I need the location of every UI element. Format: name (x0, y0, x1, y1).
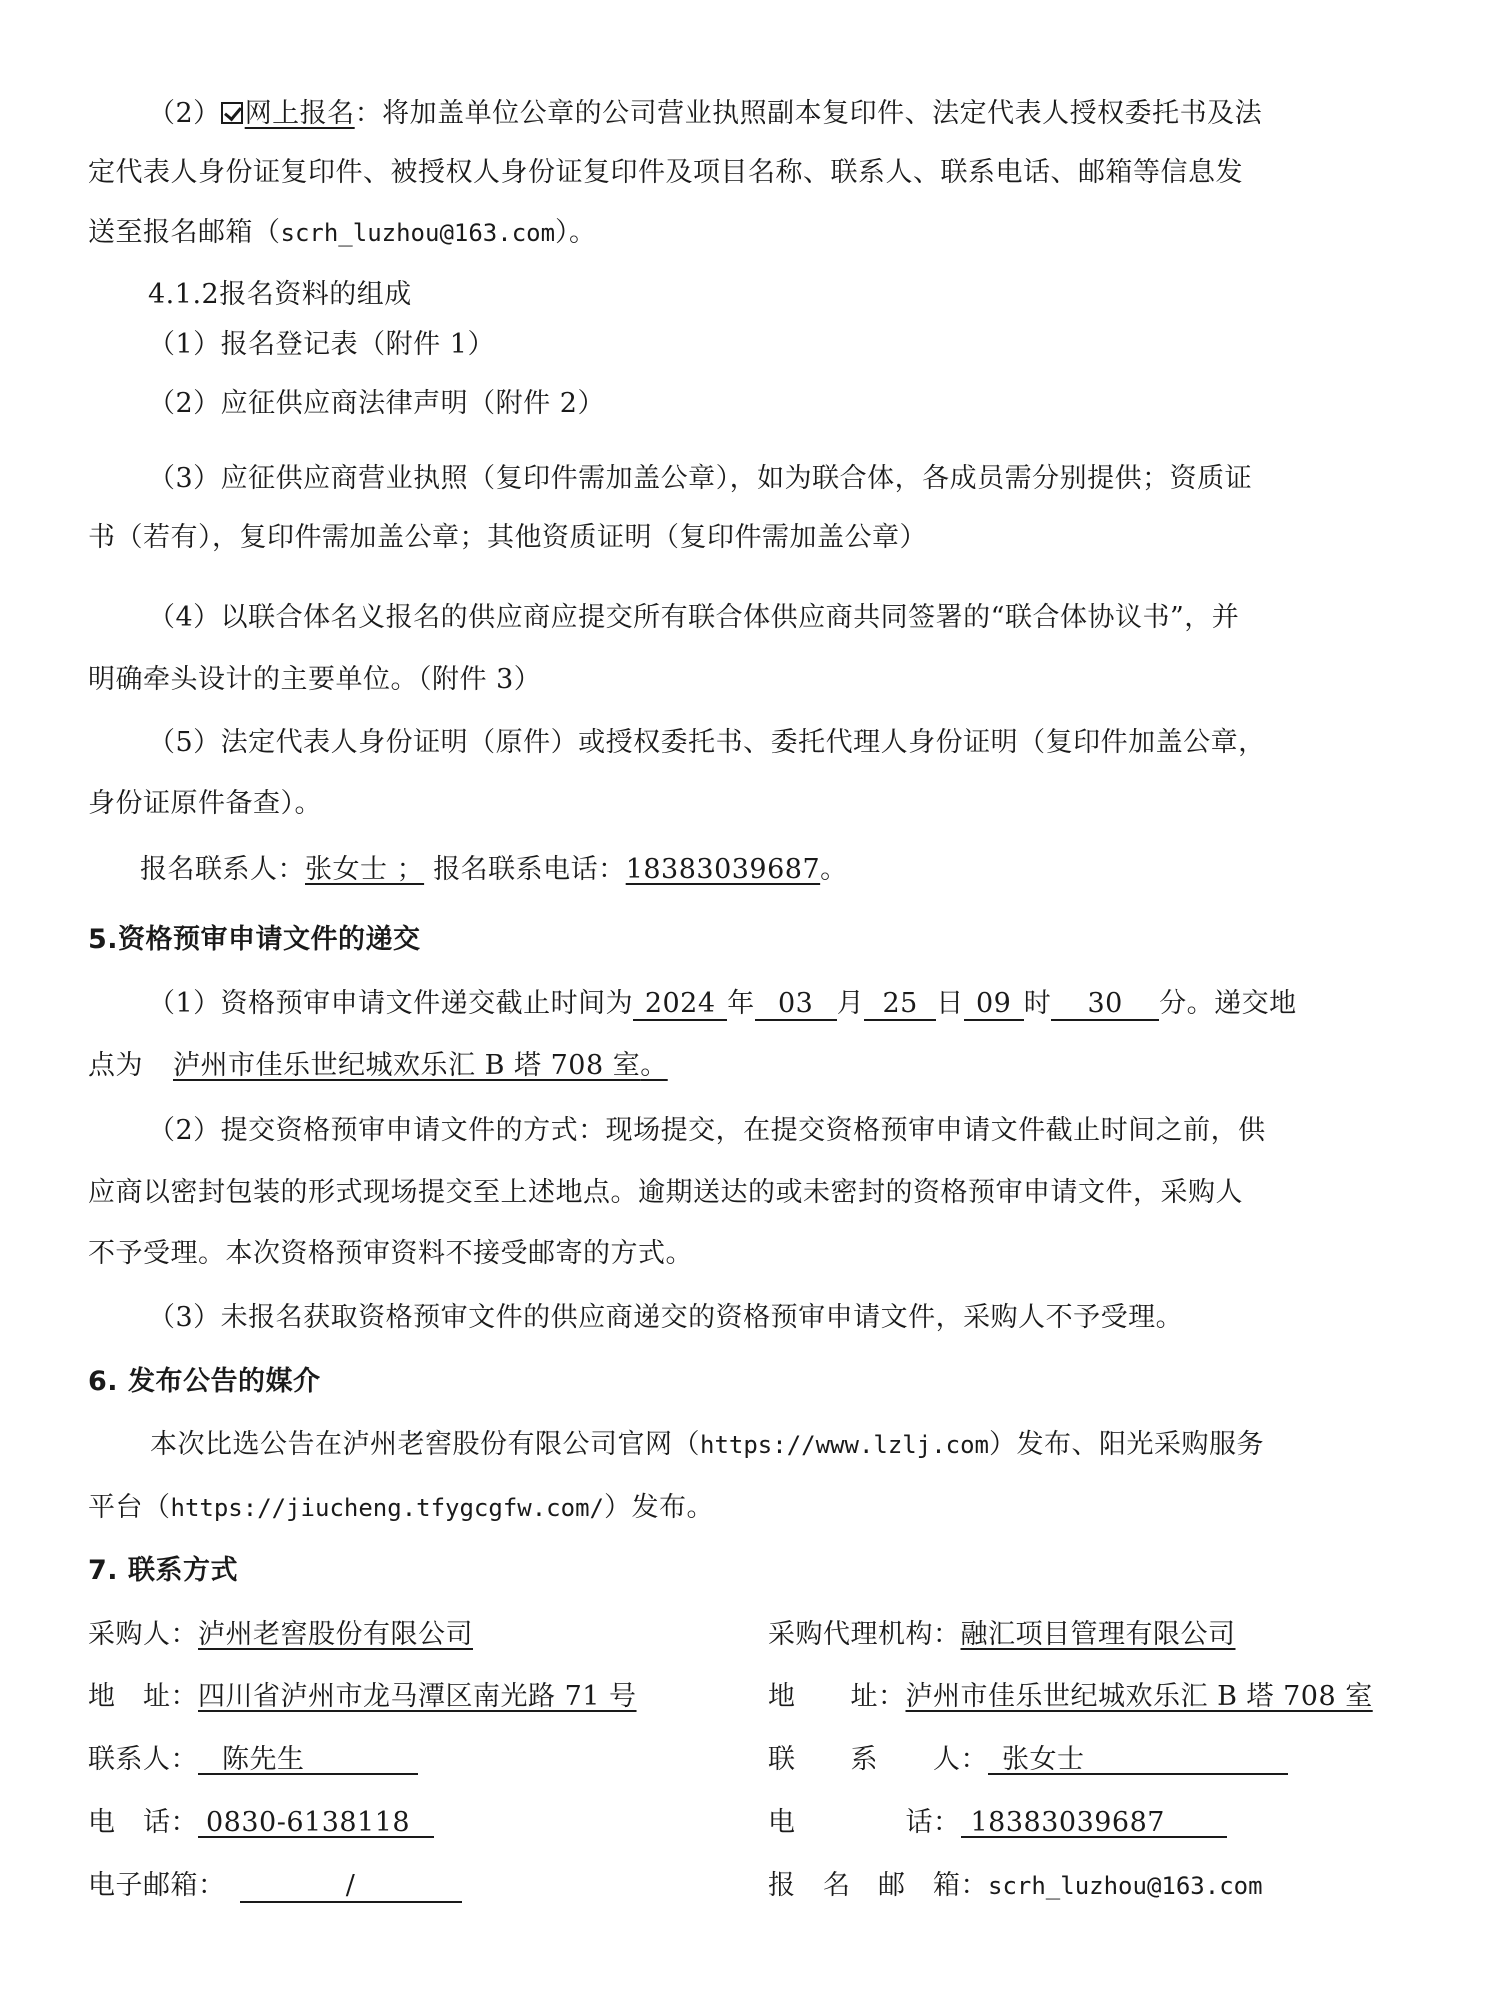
deadline-hour-field: 09 (964, 989, 1024, 1021)
materials-item-4: （4）以联合体名义报名的供应商应提交所有联合体供应商共同签署的“联合体协议书”，… (148, 600, 1239, 636)
materials-item-2: （2）应征供应商法律声明（附件 2） (148, 386, 605, 422)
registration-email[interactable]: scrh_luzhou@163.com (281, 219, 556, 247)
agency-name: 融汇项目管理有限公司 (961, 1619, 1236, 1650)
text-fragment: 送至报名邮箱（ (88, 217, 281, 248)
purchaser-email-row: 电子邮箱：/ (88, 1868, 462, 1904)
text-fragment: 点为 (88, 1050, 143, 1081)
field-label: 电 话： (768, 1807, 961, 1838)
contact-label: 报名联系人： (140, 854, 305, 885)
section-5-heading: 5.资格预审申请文件的递交 (88, 922, 421, 958)
submission-method-line-1: （2）提交资格预审申请文件的方式：现场提交，在提交资格预审申请文件截止时间之前，… (148, 1113, 1266, 1149)
deadline-day-field: 25 (864, 989, 936, 1021)
materials-item-3: （3）应征供应商营业执照（复印件需加盖公章），如为联合体，各成员需分别提供；资质… (148, 461, 1252, 497)
materials-item-3-cont: 书（若有），复印件需加盖公章；其他资质证明（复印件需加盖公章） (88, 520, 927, 556)
materials-item-1: （1）报名登记表（附件 1） (148, 327, 495, 363)
text-fragment: 。 (640, 1050, 668, 1081)
text-fragment: ）发布。 (604, 1492, 714, 1523)
purchaser-contact-row: 联系人：陈先生 (88, 1742, 418, 1778)
item-prefix: （2） (148, 98, 221, 129)
field-label: 报 名 邮 箱： (768, 1870, 988, 1901)
online-registration-line-3: 送至报名邮箱（scrh_luzhou@163.com）。 (88, 215, 597, 251)
list-item-text: （1）报名登记表（附件 1） (148, 329, 495, 360)
purchaser-address: 四川省泸州市龙马潭区南光路 71 号 (198, 1681, 637, 1712)
purchaser-name: 泸州老窖股份有限公司 (198, 1619, 473, 1650)
text-fragment: 平台（ (88, 1492, 171, 1523)
online-registration-text: ：将加盖单位公章的公司营业执照副本复印件、法定代表人授权委托书及法 (355, 98, 1263, 129)
online-registration-line-2: 定代表人身份证复印件、被授权人身份证复印件及项目名称、联系人、联系电话、邮箱等信… (88, 155, 1243, 191)
online-registration-line-1: （2）网上报名：将加盖单位公章的公司营业执照副本复印件、法定代表人授权委托书及法 (148, 96, 1262, 132)
field-label: 电子邮箱： (88, 1870, 226, 1901)
submission-location: 泸州市佳乐世纪城欢乐汇 B 塔 708 室 (143, 1050, 640, 1081)
list-item-text: （4）以联合体名义报名的供应商应提交所有联合体供应商共同签署的“联合体协议书”，… (148, 602, 1239, 633)
subsection-title: 4.1.2报名资料的组成 (148, 279, 412, 310)
section-title: 5.资格预审申请文件的递交 (88, 924, 421, 955)
phone-label: 报名联系电话： (433, 854, 626, 885)
purchaser-name-row: 采购人：泸州老窖股份有限公司 (88, 1617, 473, 1653)
list-item-text: （3）未报名获取资格预审文件的供应商递交的资格预审申请文件，采购人不予受理。 (148, 1302, 1183, 1333)
agency-registration-email[interactable]: scrh_luzhou@163.com (988, 1872, 1263, 1900)
text-fragment: 。 (820, 854, 848, 885)
text-fragment: 月 (837, 988, 865, 1019)
field-label: 采购人： (88, 1619, 198, 1650)
unregistered-notice-line: （3）未报名获取资格预审文件的供应商递交的资格预审申请文件，采购人不予受理。 (148, 1300, 1183, 1336)
text-fragment: （1）资格预审申请文件递交截止时间为 (148, 988, 633, 1019)
agency-contact-row: 联 系 人：张女士 (768, 1742, 1288, 1778)
field-label: 电 话： (88, 1807, 198, 1838)
materials-item-5: （5）法定代表人身份证明（原件）或授权委托书、委托代理人身份证明（复印件加盖公章… (148, 725, 1266, 761)
online-registration-label: 网上报名 (245, 98, 355, 129)
deadline-minute-field: 30 (1051, 989, 1159, 1021)
agency-contact-person: 张女士 (988, 1745, 1288, 1775)
registration-contact-line: 报名联系人：张女士 ； 报名联系电话：18383039687。 (140, 852, 848, 888)
official-website-link[interactable]: https://www.lzlj.com (700, 1431, 989, 1459)
purchaser-contact-person: 陈先生 (198, 1745, 418, 1775)
text-fragment: 分。递交地 (1159, 988, 1297, 1019)
online-registration-text-2: 定代表人身份证复印件、被授权人身份证复印件及项目名称、联系人、联系电话、邮箱等信… (88, 157, 1243, 188)
media-line-1: 本次比选公告在泸州老窖股份有限公司官网（https://www.lzlj.com… (150, 1427, 1264, 1463)
checked-checkbox-icon[interactable] (221, 102, 243, 124)
list-item-text: 身份证原件备查）。 (88, 788, 322, 819)
list-item-text: （5）法定代表人身份证明（原件）或授权委托书、委托代理人身份证明（复印件加盖公章… (148, 727, 1266, 758)
media-line-2: 平台（https://jiucheng.tfygcgfw.com/）发布。 (88, 1490, 714, 1526)
agency-address: 泸州市佳乐世纪城欢乐汇 B 塔 708 室 (906, 1681, 1373, 1712)
list-item-text: 应商以密封包装的形式现场提交至上述地点。逾期送达的或未密封的资格预审申请文件，采… (88, 1177, 1243, 1208)
agency-address-row: 地 址：泸州市佳乐世纪城欢乐汇 B 塔 708 室 (768, 1679, 1373, 1715)
materials-item-4-cont: 明确牵头设计的主要单位。（附件 3） (88, 662, 541, 698)
materials-item-5-cont: 身份证原件备查）。 (88, 786, 322, 822)
text-fragment: 时 (1024, 988, 1052, 1019)
purchaser-phone: 0830-6138118 (198, 1808, 434, 1838)
subsection-heading-4-1-2: 4.1.2报名资料的组成 (148, 277, 412, 313)
list-item-text: 书（若有），复印件需加盖公章；其他资质证明（复印件需加盖公章） (88, 522, 927, 553)
deadline-line: （1）资格预审申请文件递交截止时间为2024年03月25日09时30分。递交地 (148, 986, 1297, 1022)
list-item-text: （3）应征供应商营业执照（复印件需加盖公章），如为联合体，各成员需分别提供；资质… (148, 463, 1252, 494)
deadline-location-line: 点为泸州市佳乐世纪城欢乐汇 B 塔 708 室。 (88, 1048, 668, 1084)
text-fragment: ）。 (555, 217, 597, 248)
list-item-text: （2）应征供应商法律声明（附件 2） (148, 388, 605, 419)
text-fragment: 日 (936, 988, 964, 1019)
field-label: 联系人： (88, 1744, 198, 1775)
text-fragment: 年 (727, 988, 755, 1019)
field-label: 地 址： (768, 1681, 906, 1712)
list-item-text: 明确牵头设计的主要单位。（附件 3） (88, 664, 541, 695)
deadline-year-field: 2024 (633, 989, 727, 1021)
section-title: 7. 联系方式 (88, 1555, 238, 1586)
registration-contact-phone: 18383039687 (626, 854, 820, 885)
submission-method-line-2: 应商以密封包装的形式现场提交至上述地点。逾期送达的或未密封的资格预审申请文件，采… (88, 1175, 1243, 1211)
deadline-month-field: 03 (755, 989, 837, 1021)
agency-phone-row: 电 话：18383039687 (768, 1805, 1227, 1841)
list-item-text: （2）提交资格预审申请文件的方式：现场提交，在提交资格预审申请文件截止时间之前，… (148, 1115, 1266, 1146)
section-title: 6. 发布公告的媒介 (88, 1366, 320, 1397)
agency-name-row: 采购代理机构：融汇项目管理有限公司 (768, 1617, 1236, 1653)
procurement-platform-link[interactable]: https://jiucheng.tfygcgfw.com/ (171, 1494, 604, 1522)
text-fragment: 本次比选公告在泸州老窖股份有限公司官网（ (150, 1429, 700, 1460)
list-item-text: 不予受理。本次资格预审资料不接受邮寄的方式。 (88, 1238, 693, 1269)
field-label: 地 址： (88, 1681, 198, 1712)
section-7-heading: 7. 联系方式 (88, 1553, 238, 1589)
purchaser-email: / (240, 1871, 462, 1903)
online-registration-option[interactable]: 网上报名 (221, 98, 355, 129)
section-6-heading: 6. 发布公告的媒介 (88, 1364, 320, 1400)
agency-email-row: 报 名 邮 箱：scrh_luzhou@163.com (768, 1868, 1263, 1904)
field-label: 采购代理机构： (768, 1619, 961, 1650)
registration-contact-person: 张女士 ； (305, 854, 424, 885)
purchaser-address-row: 地 址：四川省泸州市龙马潭区南光路 71 号 (88, 1679, 637, 1715)
field-label: 联 系 人： (768, 1744, 988, 1775)
agency-phone: 18383039687 (961, 1808, 1227, 1838)
purchaser-phone-row: 电 话：0830-6138118 (88, 1805, 434, 1841)
document-page: （2）网上报名：将加盖单位公章的公司营业执照副本复印件、法定代表人授权委托书及法… (0, 0, 1500, 2008)
text-fragment: ）发布、阳光采购服务 (989, 1429, 1264, 1460)
submission-method-line-3: 不予受理。本次资格预审资料不接受邮寄的方式。 (88, 1236, 693, 1272)
